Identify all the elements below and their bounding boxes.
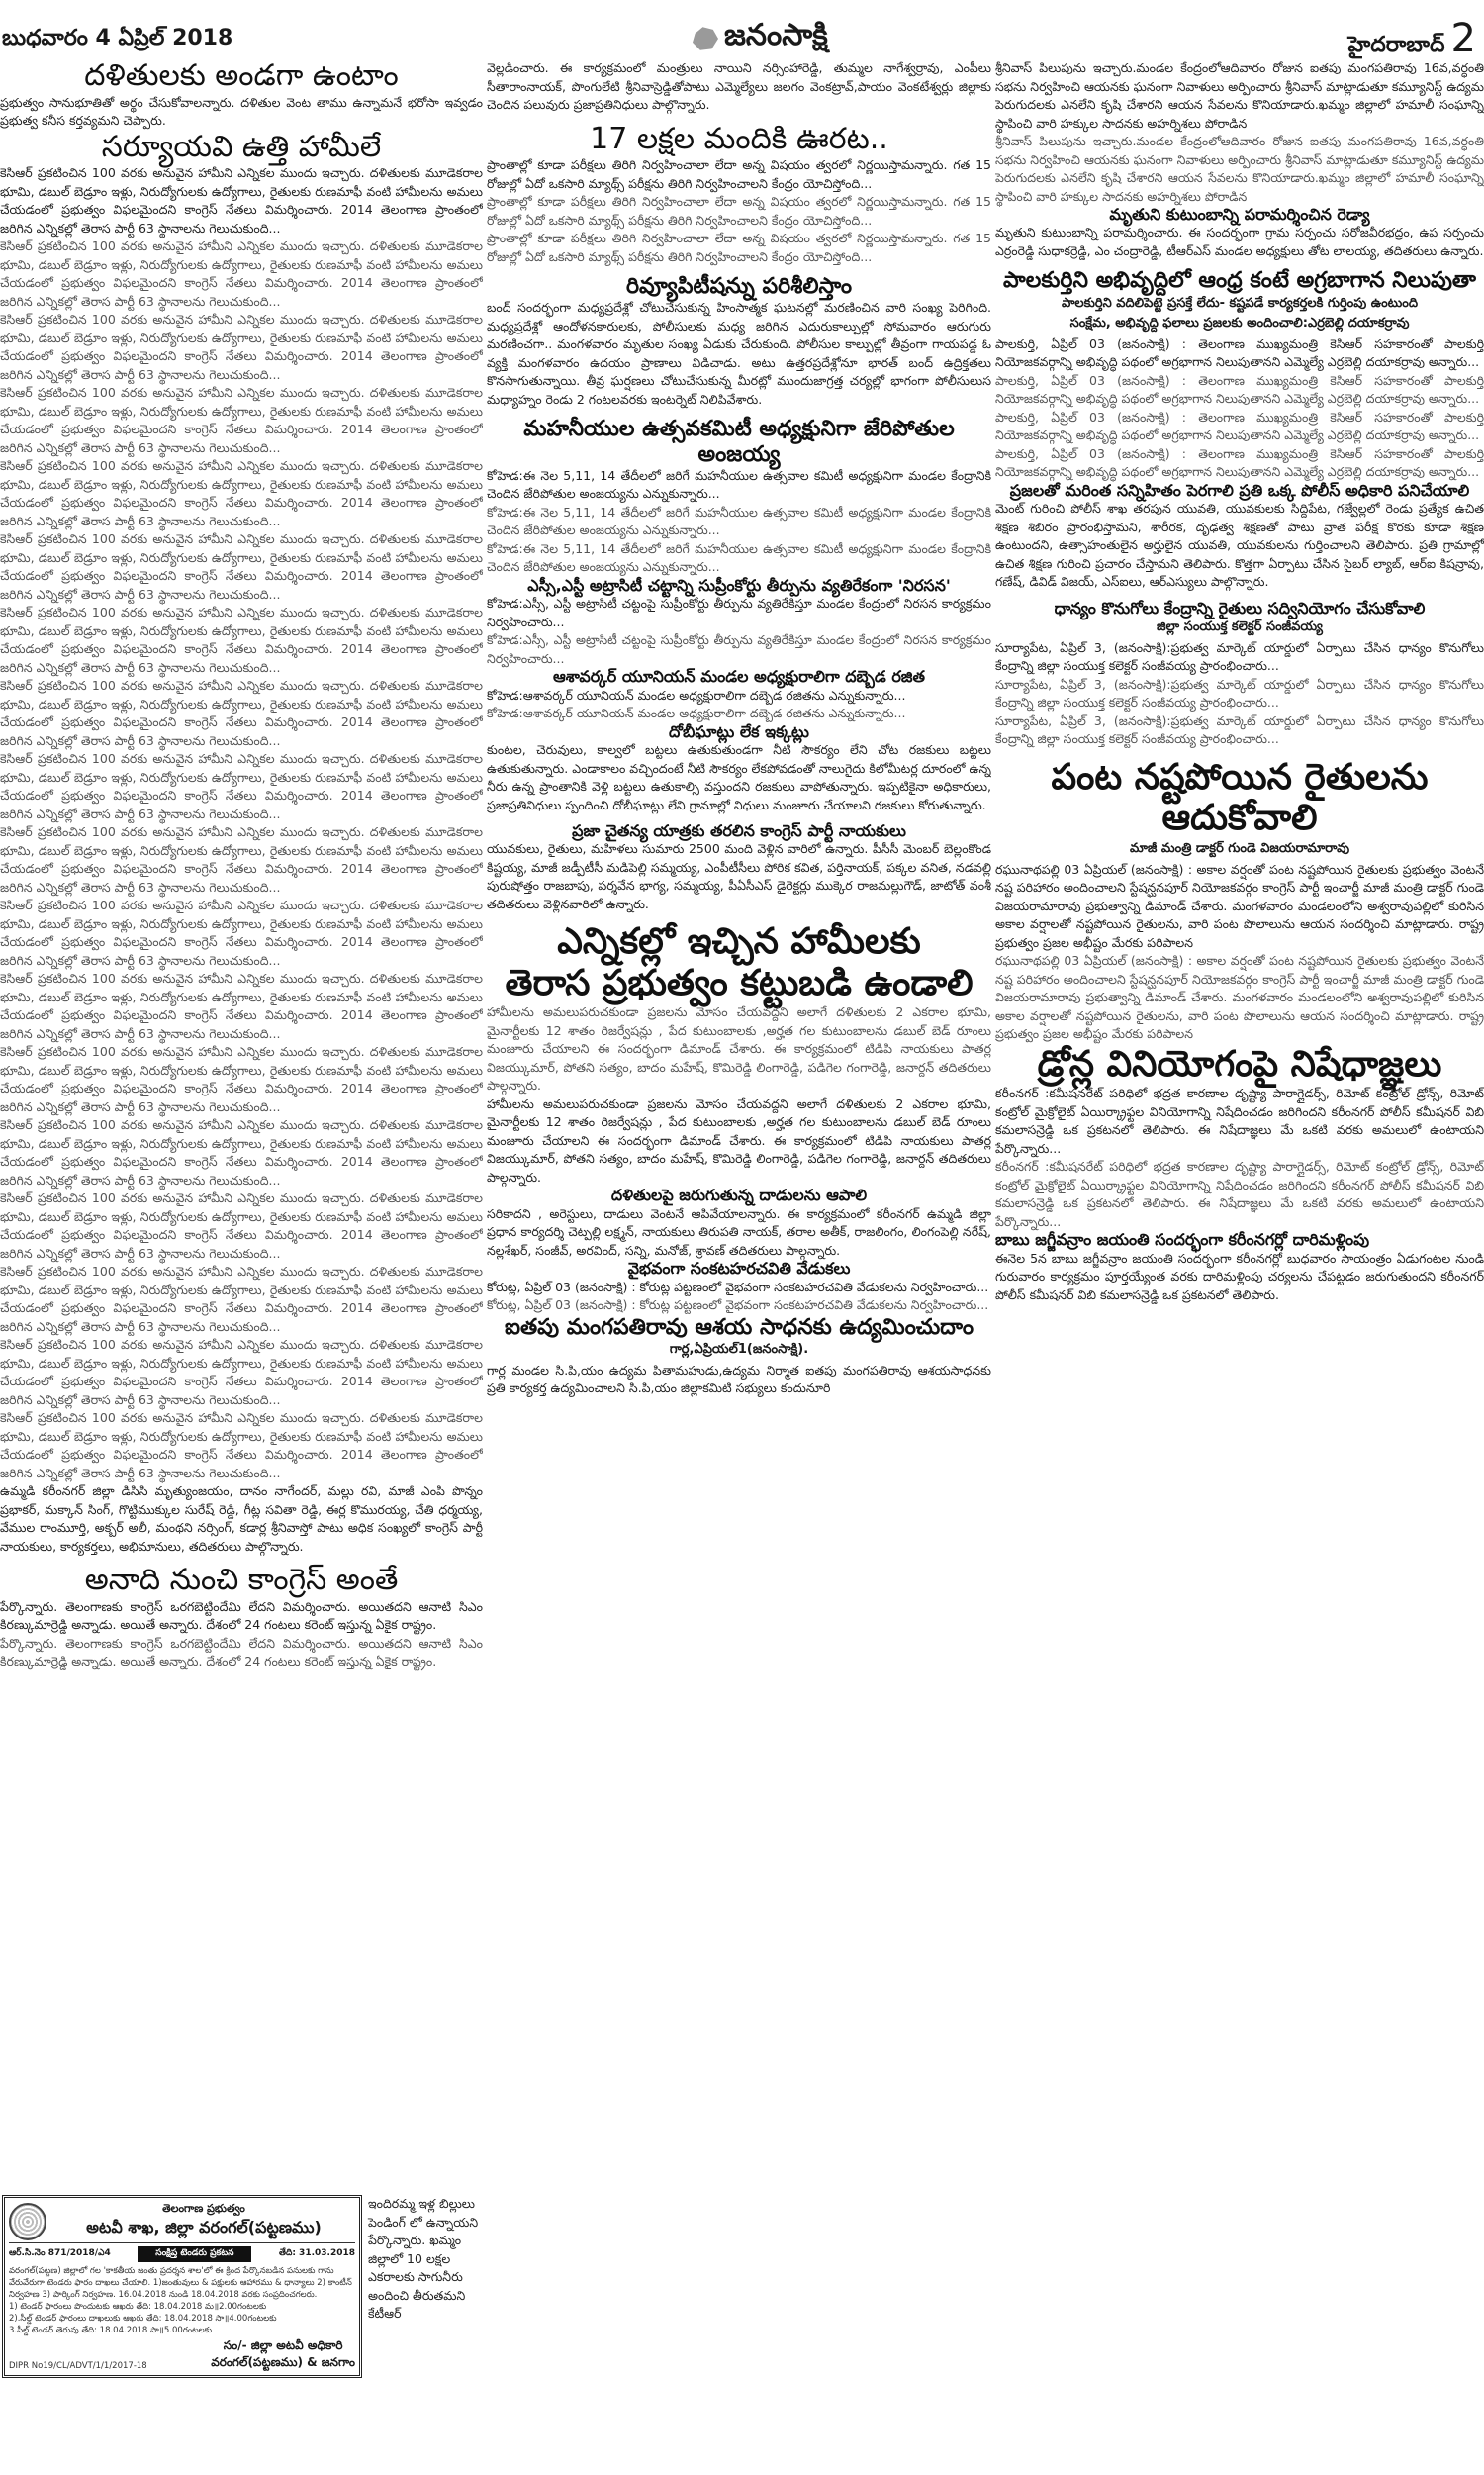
headline-sankatahara-chavithi: వైభవంగా సంకటహరచవితి వేడుకలు (487, 1260, 991, 1278)
telangana-map-icon (693, 26, 718, 51)
article-text-continued: కోహెడ:ఈ నెల 5,11, 14 తేదీలలో జరిగే మహనీయ… (487, 540, 991, 577)
logo-text: జనంసాక్షి (724, 18, 828, 59)
article-text: కరీంనగర్ :కమీషనరేట్ పరిధిలో భద్రత కారణాల… (995, 1085, 1484, 1158)
article-text: ఈనెల 5న బాబు జగ్జీవన్రాం జయంతి సందర్భంగా… (995, 1250, 1484, 1305)
ad-deadline: 3.సీల్డ్ టెండర్ తెరువు తేది: 18.04.2018 … (9, 2325, 355, 2336)
ad-body: వరంగల్(పట్టణ) జిల్లాలో గల 'కాకతీయ జంతు ప… (9, 2265, 355, 2301)
article-text: మృతుని కుటుంబాన్ని పరామర్శించారు. ఈ సందర… (995, 224, 1484, 260)
article-text: వెల్లడించారు. ఈ కార్యక్రమంలో మంత్రులు నా… (487, 59, 991, 115)
article-text-continued: కెసిఆర్ ప్రకటించిన 100 వరకు అనువైన హామీన… (0, 823, 483, 897)
article-text: పేర్కొన్నారు. తెలంగాణకు కాంగ్రెస్ ఒరగబెట… (0, 1598, 483, 1635)
article-text-continued: కోహెడ:ఆశావర్కర్ యూనియన్ మండల అధ్యక్షురాల… (487, 705, 991, 723)
subheadline: మాజీ మంత్రి డాక్టర్ గుండె విజయరామారావు (995, 841, 1484, 859)
article-text-continued: కెసిఆర్ ప్రకటించిన 100 వరకు అనువైన హామీన… (0, 1409, 483, 1482)
article-text-continued: పాలకుర్తి, ఏప్రిల్ 03 (జనంసాక్షి) : తెలం… (995, 409, 1484, 445)
headline-election-promises-1: ఎన్నికల్లో ఇచ్చిన హామీలకు (487, 921, 991, 962)
article-text-continued: కోహెడ:ఎస్సీ, ఎస్టీ అట్రాసిటీ చట్టంపై సుప… (487, 631, 991, 668)
article-text-continued: కెసిఆర్ ప్రకటించిన 100 వరకు అనువైన హామీన… (0, 457, 483, 530)
headline-attacks-on-dalits: దళితులపై జరుగుతున్న దాడులను ఆపాలి (487, 1187, 991, 1204)
subheadline: సంక్షేమ, అభివృద్ది ఫలాలు ప్రజలకు అందించా… (995, 316, 1484, 333)
ad-office: అటవీ శాఖ, జిల్లా వరంగల్(పట్టణము) (52, 2218, 355, 2240)
headline-police-public: ప్రజలతో మరింత సన్నిహితం పెరగాలి ప్రతి ఒక… (995, 482, 1484, 500)
article-text-continued: కెసిఆర్ ప్రకటించిన 100 వరకు అనువైన హామీన… (0, 970, 483, 1043)
article-text-continued: కెసిఆర్ ప్రకటించిన 100 వరకు అనువైన హామీన… (0, 530, 483, 604)
column-middle: వెల్లడించారు. ఈ కార్యక్రమంలో మంత్రులు నా… (487, 59, 991, 2400)
article-text-continued: ప్రాంతాల్లో కూడా పరీక్షలు తిరిగి నిర్వహి… (487, 230, 991, 266)
article-text: మెంట్ గురించి పోలీస్ శాఖ తరపున యువతి, యు… (995, 500, 1484, 592)
article-text: యువకులు, రైతులు, మహిళలు సుమారు 2500 మంది… (487, 840, 991, 913)
article-text-continued: కెసిఆర్ ప్రకటించిన 100 వరకు అనువైన హామీన… (0, 897, 483, 970)
headline-traffic-diversion: బాబు జగ్జీవన్రాం జయంతి సందర్భంగా కరీంనగర… (995, 1231, 1484, 1249)
headline-asha-worker: ఆశావర్కర్ యూనియన్ మండల అధ్యక్షురాలిగా దబ… (487, 668, 991, 686)
page-number: 2 (1451, 16, 1476, 61)
article-text-continued: కెసిఆర్ ప్రకటించిన 100 వరకు అనువైన హామీన… (0, 1336, 483, 1409)
ad-dipr-number: DIPR No19/CL/ADVT/1/1/2017-18 (9, 2360, 147, 2372)
ad-notice-type: సంక్షిప్త టెండరు ప్రకటన (138, 2246, 251, 2262)
headline-dhobi-ghats: దోబీఘాట్లు లేక ఇక్కట్లు (487, 723, 991, 741)
article-text: కుంటల, చెరువులు, కాల్వలో బట్టలు ఉతుకుతుం… (487, 741, 991, 814)
headline-17-lakh: 17 లక్షల మందికి ఊరట.. (487, 123, 991, 157)
article-text-continued: కెసిఆర్ ప్రకటించిన 100 వరకు అనువైన హామీన… (0, 677, 483, 750)
article-text-continued: కెసిఆర్ ప్రకటించిన 100 వరకు అనువైన హామీన… (0, 604, 483, 677)
article-text: హామీలను అమలుపరుచకుండా ప్రజలను మోసం చేయవద… (487, 1095, 991, 1188)
article-text: సరికాదని , అరెస్టులు, దాడులు వెంటనే ఆపివ… (487, 1205, 991, 1261)
column-right: శ్రీనివాస్ పిలుపును ఇచ్చారు.మండల కేంద్రం… (995, 59, 1484, 2400)
headline-dalits: దళితులకు అండగా ఉంటాం (0, 59, 483, 94)
edition-city: హైదరాబాద్2 (1348, 16, 1476, 62)
headline-palakurthi: పాలకుర్తిని అభివృద్దిలో ఆంధ్ర కంటే అగ్రబ… (995, 268, 1484, 293)
newspaper-logo: జనంసాక్షి (693, 18, 828, 59)
article-text-continued: కెసిఆర్ ప్రకటించిన 100 వరకు అనువైన హామీన… (0, 1116, 483, 1190)
article-text-continued: కెసిఆర్ ప్రకటించిన 100 వరకు అనువైన హామీన… (0, 238, 483, 311)
headline-election-promises-2: తెరాస ప్రభుత్వం కట్టుబడి ఉండాలి (487, 963, 991, 1003)
article-text: గార్ల మండల సి.పి,యం ఉద్యమ పితామహుడు,ఉద్య… (487, 1362, 991, 1398)
article-text-continued: ప్రాంతాల్లో కూడా పరీక్షలు తిరిగి నిర్వహి… (487, 193, 991, 230)
article-text-continued: కెసిఆర్ ప్రకటించిన 100 వరకు అనువైన హామీన… (0, 384, 483, 457)
article-text-continued: కెసిఆర్ ప్రకటించిన 100 వరకు అనువైన హామీన… (0, 311, 483, 384)
headline-condolence: మృతుని కుటుంబాన్ని పరామర్శించిన రెడ్యా (995, 206, 1484, 224)
article-text: సూర్యాపేట, ఏప్రిల్ 3, (జనంసాక్షి):ప్రభుత… (995, 639, 1484, 676)
article-text-continued: పాలకుర్తి, ఏప్రిల్ 03 (జనంసాక్షి) : తెలం… (995, 372, 1484, 409)
headline-crop-loss: పంట నష్టపోయిన రైతులను ఆదుకోవాలి (995, 757, 1484, 839)
ad-ref-number: ఆర్.సి.నెం 871/2018/ఎ4 (9, 2248, 111, 2260)
government-tender-advertisement: తెలంగాణ ప్రభుత్వం అటవీ శాఖ, జిల్లా వరంగల… (2, 2195, 362, 2378)
article-text-continued: పేర్కొన్నారు. తెలంగాణకు కాంగ్రెస్ ఒరగబెట… (0, 1635, 483, 1671)
ad-signatory-office: వరంగల్(పట్టణము) & జనగాం (211, 2355, 355, 2372)
article-text-continued: కోహెడ:ఈ నెల 5,11, 14 తేదీలలో జరిగే మహనీయ… (487, 504, 991, 540)
article-text: ప్రాంతాల్లో కూడా పరీక్షలు తిరిగి నిర్వహి… (487, 156, 991, 193)
article-text-continued: పాలకుర్తి, ఏప్రిల్ 03 (జనంసాక్షి) : తెలం… (995, 445, 1484, 482)
article-text: రఘునాథపల్లి 03 ఏప్రియల్ (జనంసాక్షి) : అక… (995, 861, 1484, 953)
headline-anjaiah: మహనీయుల ఉత్సవకమిటీ అధ్యక్షునిగా జేరిపోతు… (487, 417, 991, 467)
article-text-continued: కోరుట్ల, ఏప్రిల్ 03 (జనంసాక్షి) : కోరుట్… (487, 1296, 991, 1315)
article-text: ప్రభుత్వం సానుభూతితో అర్థం చేసుకోవాలన్నా… (0, 94, 483, 131)
article-text: హామీలను అమలుపరుచకుండా ప్రజలను మోసం చేయవద… (487, 1003, 991, 1095)
government-emblem-icon (9, 2203, 46, 2240)
city-name: హైదరాబాద్ (1348, 33, 1445, 57)
ad-date: తేది: 31.03.2018 (279, 2248, 355, 2260)
ad-deadline: 1) టెండర్ ఫారంలు పొందుటకు ఆఖరు తేది: 18.… (9, 2301, 355, 2313)
masthead: బుధవారం 4 ఏప్రిల్ 2018 జనంసాక్షి హైదరాబా… (0, 18, 1484, 57)
dateline: గార్ల,ఏప్రియల్1(జనంసాక్షి). (487, 1342, 991, 1360)
headline-review-petition: రివ్యూపిటీషన్ను పరిశీలిస్తాం (487, 274, 991, 299)
headline-congress-always: అనాది నుంచి కాంగ్రెస్ అంతే (0, 1564, 483, 1598)
article-text: కెసిఆర్ ప్రకటించిన 100 వరకు అనువైన హామీన… (0, 164, 483, 238)
article-text: కోహెడ:ఎస్సీ, ఎస్టీ అట్రాసిటీ చట్టంపై సుప… (487, 595, 991, 631)
article-text-continued: కెసిఆర్ ప్రకటించిన 100 వరకు అనువైన హామీన… (0, 750, 483, 823)
ad-department: తెలంగాణ ప్రభుత్వం (52, 2202, 355, 2218)
article-text-continued: కెసిఆర్ ప్రకటించిన 100 వరకు అనువైన హామీన… (0, 1190, 483, 1263)
headline-drone-ban: డ్రోన్ల వినియోగంపై నిషేధాజ్ఞలు (995, 1044, 1484, 1085)
article-text-continued: కెసిఆర్ ప్రకటించిన 100 వరకు అనువైన హామీన… (0, 1043, 483, 1116)
article-text-continued: రఘునాథపల్లి 03 ఏప్రియల్ (జనంసాక్షి) : అక… (995, 952, 1484, 1044)
headline-empty-promises: సర్యూయవి ఉత్తి హామీలే (0, 131, 483, 165)
article-text-continued: సూర్యాపేట, ఏప్రిల్ 3, (జనంసాక్షి):ప్రభుత… (995, 676, 1484, 713)
subheadline: పాలకుర్తిని వదిలిపెట్టె ప్రసక్తే లేదు- క… (995, 296, 1484, 314)
article-text: కోహెడ:ఈ నెల 5,11, 14 తేదీలలో జరిగే మహనీయ… (487, 467, 991, 504)
article-text-sidebar: ఇందిరమ్మ ఇళ్ల బిల్లులు పెండింగ్ లో ఉన్నా… (368, 2195, 481, 2324)
article-text-continued: కెసిఆర్ ప్రకటించిన 100 వరకు అనువైన హామీన… (0, 1263, 483, 1336)
headline-atrocity-protest: ఎస్సీ,ఎస్టీ అట్రాసిటీ చట్టాన్ని సుప్రీంక… (487, 577, 991, 595)
article-text: కోహెడ:ఆశావర్కర్ యూనియన్ మండల అధ్యక్షురాల… (487, 687, 991, 706)
subheadline: జిల్లా సంయుక్త కలెక్టర్ సంజీవయ్య (995, 619, 1484, 637)
headline-aithapu: ఐతపు మంగపతిరావు ఆశయ సాధనకు ఉద్యమించుదాం (487, 1315, 991, 1340)
edition-date: బుధవారం 4 ఏప్రిల్ 2018 (2, 26, 232, 55)
article-text-continued: సూర్యాపేట, ఏప్రిల్ 3, (జనంసాక్షి):ప్రభుత… (995, 713, 1484, 749)
article-text-continued: శ్రీనివాస్ పిలుపును ఇచ్చారు.మండల కేంద్రం… (995, 133, 1484, 206)
headline-grain-purchase: ధాన్యం కొనుగోలు కేంద్రాన్ని రైతులు సద్వి… (995, 600, 1484, 618)
article-text: బంద్ సందర్భంగా మధ్యప్రదేశ్లో చోటుచేసుకున… (487, 299, 991, 409)
article-text-congress-leaders: ఉమ్మడి కరీంనగర్ జిల్లా డిసిసి మృత్యుంజయం… (0, 1482, 483, 1556)
ad-deadline: 2).సీల్డ్ టెండర్ ఫారంలు దాఖలుకు ఆఖరు తేద… (9, 2313, 355, 2325)
headline-praja-chaitanya: ప్రజా చైతన్య యాత్రకు తరలిన కాంగ్రెస్ పార… (487, 822, 991, 840)
ad-signatory: సం/- జిల్లా అటవీ అధికారి (211, 2338, 355, 2355)
article-text: పాలకుర్తి, ఏప్రిల్ 03 (జనంసాక్షి) : తెలం… (995, 335, 1484, 372)
article-text: శ్రీనివాస్ పిలుపును ఇచ్చారు.మండల కేంద్రం… (995, 59, 1484, 133)
article-text-continued: కరీంనగర్ :కమీషనరేట్ పరిధిలో భద్రత కారణాల… (995, 1158, 1484, 1231)
article-text: కోరుట్ల, ఏప్రిల్ 03 (జనంసాక్షి) : కోరుట్… (487, 1279, 991, 1297)
column-left: దళితులకు అండగా ఉంటాం ప్రభుత్వం సానుభూతిత… (0, 59, 483, 2400)
